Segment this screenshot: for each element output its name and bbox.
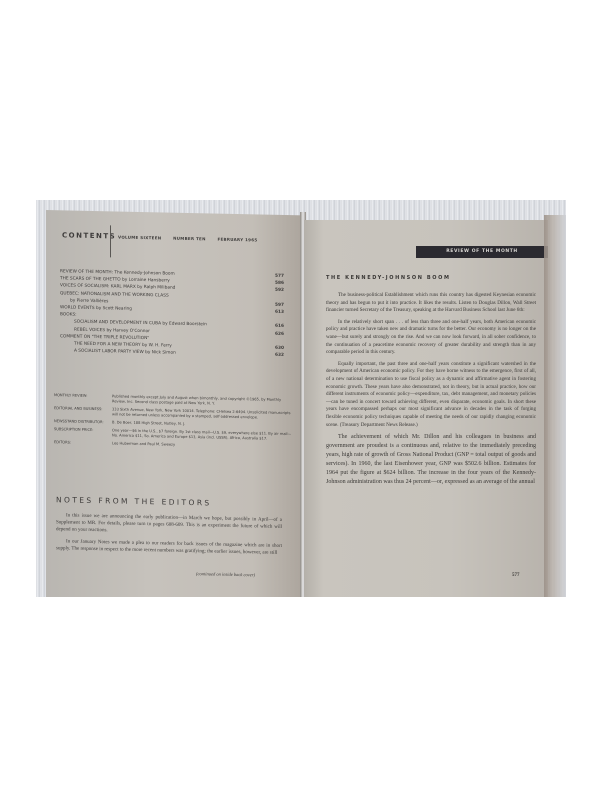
contents-divider bbox=[110, 225, 111, 257]
article-quote: Equally important, the past three and on… bbox=[326, 361, 536, 429]
masthead-value: 333 Sixth Avenue, New York, New York 100… bbox=[112, 407, 294, 421]
section-bar: REVIEW OF THE MONTH bbox=[416, 246, 548, 258]
masthead-label: EDITORIAL AND BUSINESS: bbox=[54, 406, 112, 417]
article-quote: In the relatively short span . . . of le… bbox=[326, 319, 536, 357]
notes-paragraph: In this issue we are announcing the earl… bbox=[56, 512, 282, 538]
masthead-value: Published monthly except July and August… bbox=[112, 394, 294, 408]
right-page: REVIEW OF THE MONTH THE KENNEDY-JOHNSON … bbox=[304, 220, 548, 597]
page-number: 577 bbox=[512, 573, 520, 578]
article-paragraph: The business-political Establishment whi… bbox=[326, 292, 536, 315]
toc-entry-title: BOOKS: bbox=[60, 312, 77, 317]
article-paragraph: The achievement of which Mr. Dillon and … bbox=[326, 433, 536, 487]
notes-paragraph: In our January Notes we made a plea to o… bbox=[56, 538, 282, 557]
table-of-contents: REVIEW OF THE MONTH: The Kennedy-Johnson… bbox=[60, 268, 284, 359]
masthead-label: MONTHLY REVIEW: bbox=[54, 393, 112, 404]
masthead-label: NEWSSTAND DISTRIBUTOR: bbox=[54, 419, 112, 425]
notes-body: In this issue we are announcing the earl… bbox=[56, 512, 282, 561]
toc-entry-title: A SOCIALIST LABOR PARTY VIEW by Nick Sim… bbox=[74, 349, 176, 356]
masthead-value: Leo Huberman and Paul M. Sweezy bbox=[112, 441, 294, 450]
article-body: The business-political Establishment whi… bbox=[326, 292, 536, 491]
magazine-photo: CONTENTS VOLUME SIXTEEN NUMBER TEN FEBRU… bbox=[36, 200, 566, 597]
masthead-label: EDITORS: bbox=[54, 440, 112, 446]
page-edge-shadow bbox=[544, 215, 566, 597]
contents-title: CONTENTS bbox=[62, 231, 116, 240]
notes-title: NOTES FROM THE EDITORS bbox=[56, 495, 212, 507]
volume-label: VOLUME SIXTEEN bbox=[118, 235, 161, 241]
contents-header: CONTENTS VOLUME SIXTEEN NUMBER TEN FEBRU… bbox=[62, 224, 297, 259]
masthead: MONTHLY REVIEW:Published monthly except … bbox=[54, 393, 294, 453]
masthead-row: EDITORS:Leo Huberman and Paul M. Sweezy bbox=[54, 440, 294, 450]
left-page: CONTENTS VOLUME SIXTEEN NUMBER TEN FEBRU… bbox=[46, 210, 304, 597]
toc-entry-title: by Pierre Vallières bbox=[70, 298, 108, 304]
masthead-label: SUBSCRIPTION PRICE: bbox=[54, 427, 112, 438]
article-title: THE KENNEDY-JOHNSON BOOM bbox=[326, 275, 451, 281]
masthead-value: One year—$6 in the U.S., $7 foreign. By … bbox=[112, 428, 294, 442]
date-label: FEBRUARY 1965 bbox=[217, 237, 257, 243]
toc-entry-page: 632 bbox=[275, 352, 284, 359]
issue-info: VOLUME SIXTEEN NUMBER TEN FEBRUARY 1965 bbox=[118, 235, 267, 243]
number-label: NUMBER TEN bbox=[173, 236, 206, 242]
masthead-value: B. De Boer, 188 High Street, Nutley, N. … bbox=[112, 420, 294, 429]
continued-note: (continued on inside back cover) bbox=[196, 571, 255, 577]
